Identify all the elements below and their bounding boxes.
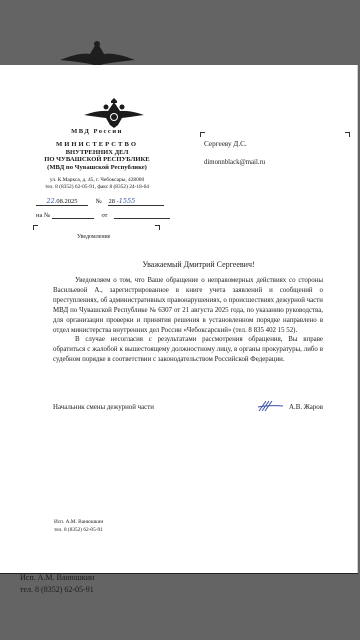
ministry-line: ПО ЧУВАШСКОЙ РЕСПУБЛИКЕ [22, 156, 172, 164]
number-label: № [96, 198, 102, 205]
ref-number-blank [52, 211, 94, 219]
reference-line: на № от [36, 211, 176, 219]
paragraph: В случае несогласия с результатами рассм… [53, 335, 323, 365]
handwritten-signature-icon [257, 398, 285, 414]
ghost-line: тел. 8 (8352) 62-05-91 [20, 584, 94, 596]
letterhead: МВД России МИНИСТЕРСТВО ВНУТРЕННИХ ДЕЛ П… [22, 128, 172, 191]
mvd-emblem-icon [84, 98, 144, 128]
number-field: 28 -1555 [108, 197, 164, 206]
paragraph: Уведомляем о том, что Ваше обращение о н… [53, 276, 323, 335]
letter-page: МВД России МИНИСТЕРСТВО ВНУТРЕННИХ ДЕЛ П… [0, 65, 358, 573]
date-field: 22.08.2025 [36, 197, 88, 206]
subject: Уведомление [77, 234, 110, 240]
recipient-block: Сергееву Д.С. dimonnblack@mail.ru [204, 140, 265, 167]
date-printed: .08.2025 [55, 198, 78, 205]
emblem-ghost-icon [60, 38, 135, 66]
phones: тел. 8 (8352) 62-05-91, факс 8 (8352) 24… [22, 184, 172, 191]
executor-phone: тел. 8 (8352) 62-05-91 [54, 526, 103, 534]
letter-body: Уведомляем о том, что Ваше обращение о н… [53, 276, 323, 365]
recipient-email: dimonnblack@mail.ru [204, 158, 265, 167]
ref-from-label: от [101, 212, 107, 219]
ref-date-blank [114, 211, 170, 219]
number-printed: 28 - [108, 198, 118, 205]
signer-name: А.В. Жаров [289, 404, 323, 411]
subject-corner-mark [155, 225, 160, 230]
number-handwritten: 1555 [119, 197, 136, 205]
recipient-corner-mark [345, 132, 350, 137]
recipient-name: Сергееву Д.С. [204, 140, 265, 149]
agency-short: МВД России [22, 128, 172, 135]
background-footer-ghost: Исп. А.М. Ванюшкин тел. 8 (8352) 62-05-9… [20, 572, 94, 596]
subject-corner-mark [33, 225, 38, 230]
executor-block: Исп. А.М. Ванюшкин тел. 8 (8352) 62-05-9… [54, 518, 103, 534]
address-block: ул. К.Маркса, д. 45, г. Чебоксары, 42800… [22, 177, 172, 191]
date-number-line: 22.08.2025 № 28 -1555 [36, 197, 176, 207]
greeting: Уважаемый Дмитрий Сергеевич! [0, 260, 357, 269]
ministry-name: МИНИСТЕРСТВО ВНУТРЕННИХ ДЕЛ ПО ЧУВАШСКОЙ… [22, 141, 172, 171]
ref-label: на № [36, 212, 50, 219]
signer-position: Начальник смены дежурной части [53, 404, 154, 411]
ministry-line: (МВД по Чувашской Республике) [22, 164, 172, 172]
recipient-corner-mark [200, 132, 205, 137]
ministry-line: МИНИСТЕРСТВО [22, 141, 172, 149]
date-handwritten: 22 [46, 197, 54, 205]
executor-name: Исп. А.М. Ванюшкин [54, 518, 103, 526]
ghost-line: Исп. А.М. Ванюшкин [20, 572, 94, 584]
